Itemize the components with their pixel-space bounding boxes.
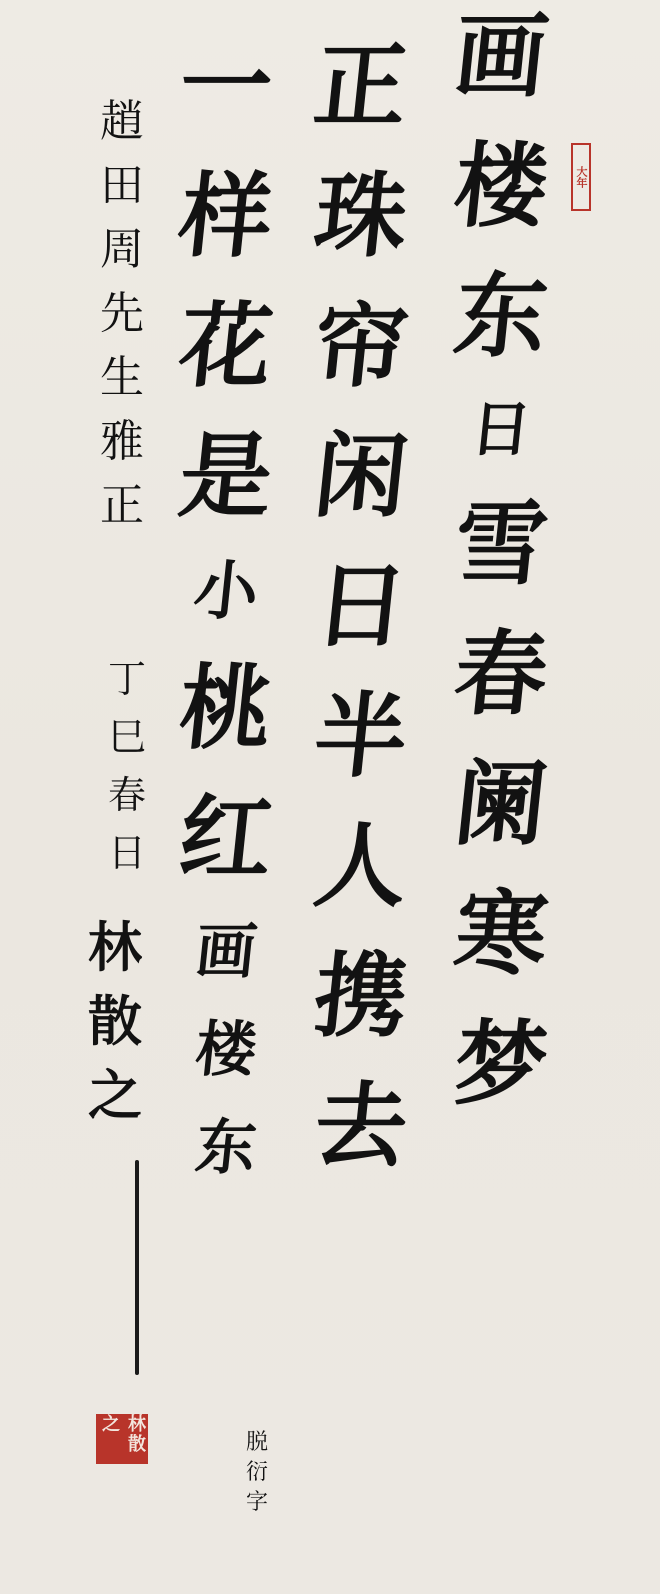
char: 人 [310,820,412,912]
char: 寒 [450,888,552,980]
char: 携 [310,950,412,1042]
char: 红 [175,792,277,884]
seal-top: 大年 [571,143,591,211]
inscription-char: 田 [100,164,144,208]
char: 帘 [310,300,412,392]
date-char: 日 [108,834,146,872]
char: 楼 [193,1020,259,1080]
signature-char: 之 [88,1068,142,1122]
signature-column: 林 散 之 [88,920,142,1142]
correction-note: 脱 衍 字 [246,1432,268,1522]
date-column: 丁 巳 春 日 [108,660,146,892]
inscription-char: 趙 [100,100,144,144]
char: 画 [450,10,552,102]
char: 雪 [450,498,552,590]
inscription-column: 趙 田 周 先 生 雅 正 [100,100,144,548]
signature-char: 散 [88,994,142,1048]
inscription-char: 周 [100,228,144,272]
inscription-char: 生 [100,356,144,400]
char: 闲 [310,430,412,522]
signature-char: 林 [88,920,142,974]
date-char: 丁 [108,660,146,698]
char: 花 [175,300,277,392]
inscription-char: 正 [100,484,144,528]
note-char: 字 [246,1492,268,1514]
date-char: 巳 [108,718,146,756]
char: 梦 [450,1018,552,1110]
date-char: 春 [108,776,146,814]
inscription-char: 雅 [100,420,144,464]
text-column-2: 正 珠 帘 闲 日 半 人 携 去 [315,40,407,1210]
signature-tail-stroke [135,1160,139,1375]
char: 春 [450,628,552,720]
char: 小 [191,560,262,624]
char: 去 [310,1080,412,1172]
char: 日 [310,560,412,652]
char: 一 [175,40,277,132]
text-column-1: 画 楼 东 日 雪 春 阑 寒 梦 [455,10,547,1148]
char: 画 [193,922,259,982]
char: 半 [310,690,412,782]
char: 桃 [175,662,277,754]
char: 东 [450,270,552,362]
char: 是 [175,430,277,522]
char: 日 [468,400,534,460]
char: 样 [175,170,277,262]
char: 珠 [310,170,412,262]
note-char: 衍 [246,1462,268,1484]
text-column-3: 一 样 花 是 小 桃 红 画 楼 东 [180,40,272,1216]
char: 阑 [450,758,552,850]
char: 正 [310,40,412,132]
char: 楼 [450,140,552,232]
inscription-char: 先 [100,292,144,336]
seal-bottom: 林散之 [96,1414,148,1464]
note-char: 脱 [246,1432,268,1454]
char: 东 [193,1118,259,1178]
